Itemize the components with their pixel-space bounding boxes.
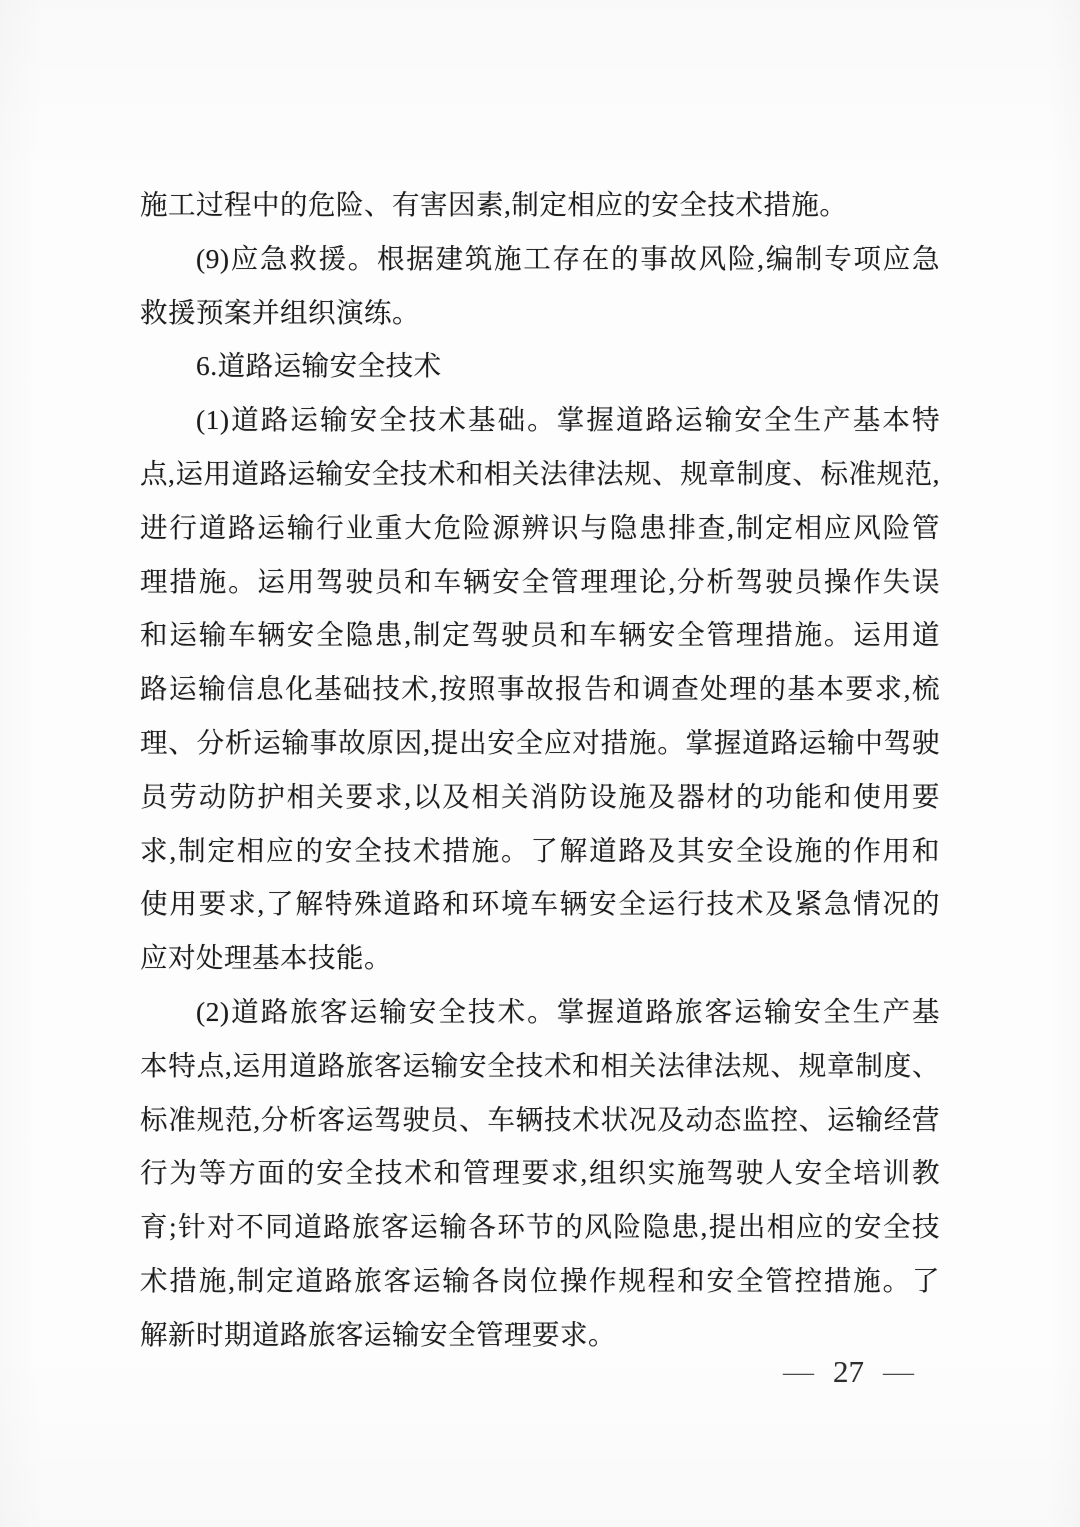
text-line: 和运输车辆安全隐患,制定驾驶员和车辆安全管理措施。运用道 [140,608,940,662]
page-number: 27 [833,1354,864,1390]
page-footer: — 27 — [783,1350,914,1394]
document-page: 施工过程中的危险、有害因素,制定相应的安全技术措施。 (9)应急救援。根据建筑施… [0,0,1080,1527]
text-line: 施工过程中的危险、有害因素,制定相应的安全技术措施。 [140,178,940,232]
text-line: 术措施,制定道路旅客运输各岗位操作规程和安全管控措施。了 [140,1254,940,1308]
text-line: (2)道路旅客运输安全技术。掌握道路旅客运输安全生产基 [140,985,940,1039]
text-line: 育;针对不同道路旅客运输各环节的风险隐患,提出相应的安全技 [140,1200,940,1254]
text-line: 救援预案并组织演练。 [140,286,940,340]
text-line: 应对处理基本技能。 [140,931,940,985]
section-heading: 6.道路运输安全技术 [140,339,940,393]
text-line: 进行道路运输行业重大危险源辨识与隐患排查,制定相应风险管 [140,501,940,555]
footer-left-dash: — [783,1358,814,1387]
text-line: 标准规范,分析客运驾驶员、车辆技术状况及动态监控、运输经营 [140,1093,940,1147]
text-line: 求,制定相应的安全技术措施。了解道路及其安全设施的作用和 [140,824,940,878]
text-line: 本特点,运用道路旅客运输安全技术和相关法律法规、规章制度、 [140,1039,940,1093]
text-line: 理措施。运用驾驶员和车辆安全管理理论,分析驾驶员操作失误 [140,555,940,609]
text-line: 使用要求,了解特殊道路和环境车辆安全运行技术及紧急情况的 [140,877,940,931]
footer-right-dash: — [883,1358,914,1387]
text-line: 理、分析运输事故原因,提出安全应对措施。掌握道路运输中驾驶 [140,716,940,770]
text-line: 行为等方面的安全技术和管理要求,组织实施驾驶人安全培训教 [140,1146,940,1200]
text-line: 员劳动防护相关要求,以及相关消防设施及器材的功能和使用要 [140,770,940,824]
text-line: (9)应急救援。根据建筑施工存在的事故风险,编制专项应急 [140,232,940,286]
text-block: 施工过程中的危险、有害因素,制定相应的安全技术措施。 (9)应急救援。根据建筑施… [140,178,940,1362]
text-line: 点,运用道路运输安全技术和相关法律法规、规章制度、标准规范, [140,447,940,501]
text-line: 路运输信息化基础技术,按照事故报告和调查处理的基本要求,梳 [140,662,940,716]
text-line: (1)道路运输安全技术基础。掌握道路运输安全生产基本特 [140,393,940,447]
